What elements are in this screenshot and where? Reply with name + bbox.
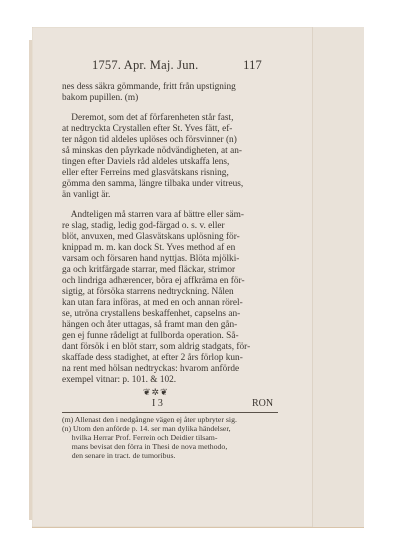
text-line: Andteligen må starren vara af bättre ell… [62, 210, 278, 221]
printer-ornament: ❦✲❦ [143, 387, 169, 398]
text-line: dant försök i en blöt starr, som aldrig … [62, 342, 278, 353]
text-line: ga och kritfärgade starrar, med fläckar,… [62, 265, 278, 276]
text-line: ter någon tid aldeles uplöses och försvi… [62, 135, 278, 146]
text-line: bakom pupillen. (m) [62, 93, 278, 104]
text-line: kan utan fara införas, at med en och ann… [62, 298, 278, 309]
text-line: sigtig, at försöka starrens nedtryckning… [62, 287, 278, 298]
running-head-title: 1757. Apr. Maj. Jun. [92, 58, 198, 72]
text-line: hängen och åter uttagas, så framt man de… [62, 320, 278, 331]
footnote-line: den senare in tract. de tumoribus. [62, 451, 282, 460]
text-line: nes dess säkra gömmande, fritt från upst… [62, 82, 278, 93]
text-line: tingen efter Daviels råd aldeles utskaff… [62, 157, 278, 168]
text-line: Deremot, som det af förfarenheten står f… [62, 113, 278, 124]
signature-mark: I 3 [152, 398, 163, 409]
text-line: na rent med hölsan nedtryckas: hvarom an… [62, 364, 278, 375]
text-line: så minskas den påyrkade nödvändigheten, … [62, 146, 278, 157]
text-line: se, utröna crystallens beskaffenhet, cap… [62, 309, 278, 320]
text-line: och lindriga adhærencer, böra ej affkräm… [62, 276, 278, 287]
text-line: eller efter Ferreins med glasvätskans ri… [62, 168, 278, 179]
catchword: RON [252, 398, 273, 409]
text-line: varsam och försaren hand nyttjas. Blöta … [62, 254, 278, 265]
text-line: re slag, stadig, ledig god-färgad o. s. … [62, 221, 278, 232]
footnote-line: hvilka Herrar Prof. Ferrein och Deidier … [62, 433, 282, 442]
page-number: 117 [243, 58, 262, 73]
text-line: gömma den samma, längre tilbaka under vi… [62, 179, 278, 190]
text-line: knippad m. m. kan dock St. Yves method a… [62, 243, 278, 254]
text-line: exempel vitnar: p. 101. & 102. [62, 375, 278, 386]
footnote-rule [62, 412, 278, 413]
running-head: 1757. Apr. Maj. Jun. 117 [92, 58, 262, 73]
footnote-line: (m) Allenast den i nedgångne vägen ej åt… [62, 415, 282, 424]
text-line: skaffade dess stadighet, at efter 2 års … [62, 353, 278, 364]
text-line: blöt, anvuxen, med Glasvätskans uplösnin… [62, 232, 278, 243]
footnote-line: mans bevisat den förra in Thesi de nova … [62, 442, 282, 451]
footnote-line: (n) Utom den anförde p. 14. ser man dyli… [62, 424, 282, 433]
text-line: at nedtryckta Crystallen efter St. Yves … [62, 124, 278, 135]
text-line: än vanligt är. [62, 190, 278, 201]
text-line: gen ej funne rådeligt at fullborda opera… [62, 331, 278, 342]
page-fold-strip [312, 27, 364, 527]
